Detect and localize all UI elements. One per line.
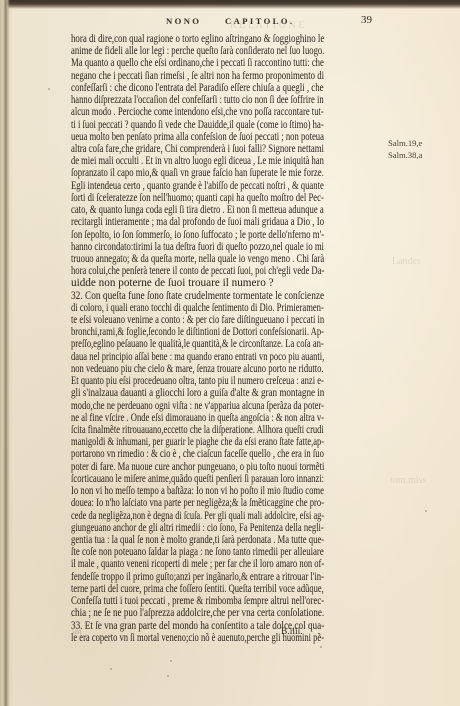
text-line: ueua molto ben penſato prima alla confeſ… [71, 131, 266, 143]
book-gutter-binding [0, 0, 10, 706]
text-line: portarono vn rimedio : & cio è , che cia… [71, 448, 266, 460]
text-line: non vedeuano piu che cielo & mare, ſenza… [71, 363, 264, 375]
text-line: fendeſſe troppo il primo guſto;anzi per … [71, 571, 267, 583]
paper-speck [110, 668, 112, 670]
page-footer: ſan B.iiii. [72, 627, 326, 641]
show-through-text: Landes [392, 256, 421, 267]
text-line: alcun modo . Percioche come intendono eſ… [71, 106, 266, 118]
text-line: Egli intendeua certo , quanto grande è l… [71, 180, 266, 192]
text-line: ſorti di ſceleratezze ſon nell'huomo; qu… [71, 192, 267, 204]
text-line: Et quanto piu eſsi procedeuano oltra, ta… [71, 375, 264, 387]
scanned-book-page: R E L A T I O N E Landes tom.miss NONO C… [0, 0, 460, 706]
text-line: ne al fine vſcire . Onde eſsi dimorauano… [71, 412, 264, 424]
text-line: cato, & quanto lunga coda egli ſi tira d… [71, 204, 267, 216]
text-line: ſcorticauano le miſere anime,quãdo queſt… [71, 473, 265, 485]
text-line: truouo annegato; & da queſta morte, nell… [71, 253, 267, 265]
text-line: Ma quanto a quello che eſsi ordinano,che… [71, 57, 267, 69]
margin-note: Salm.19,e [388, 137, 422, 149]
text-line: confeſſarſi : che dicono l'entrata del P… [71, 82, 272, 94]
text-line: hanno circondato:tirimi la tua deſtra fu… [71, 241, 267, 253]
text-line: gli s'inalzaua dauanti a gliocchi loro a… [71, 387, 275, 399]
text-line: ſon ſepolto, io ſon ſommerſo, io ſono ſu… [71, 229, 270, 241]
margin-notes: Salm.19,e Salm.38,a [388, 137, 422, 161]
text-line: te eſsi voleuano venirne a conto : & per… [71, 314, 266, 326]
text-line: 32. Con queſta fune ſono ſtate crudelmen… [71, 290, 282, 302]
paper-speck [170, 660, 172, 662]
text-line: manigoldi & inhumani, per guarir le piag… [71, 436, 263, 448]
show-through-text: tom.miss [390, 475, 426, 486]
text-line: gentia tua : la qual ſe non è molto gran… [71, 534, 267, 546]
text-line: preſſo,eglino peſauano le qualità,le qua… [71, 338, 265, 350]
text-line: modo,che ne perdeuano ogni viſta : ne v'… [71, 400, 265, 412]
text-line: daua nel principio aſſai bene : ma quand… [71, 351, 264, 363]
text-line: hanno diſprezzata l'occaſion del confeſſ… [71, 94, 266, 106]
paper-speck [425, 510, 427, 512]
text-line: poter di fare. Ma nuoue cure anchor pung… [71, 461, 267, 473]
text-line: Confeſſa tutti i tuoi peccati , preme & … [71, 595, 270, 607]
running-title-right: CAPITOLO. [225, 16, 294, 26]
text-line: il male , quanto veneni ricoperti di mel… [71, 558, 264, 570]
paper-speck [320, 646, 322, 648]
text-line: altra coſa fare,che gridare, Chi compren… [71, 143, 269, 155]
text-line: ſopranzato il capo mio,& quaſi vn graue … [71, 167, 269, 179]
main-text-block: hora di dire,con qual ragione o torto eg… [71, 33, 324, 644]
paper-speck [167, 675, 169, 677]
page-number: 39 [361, 14, 372, 26]
running-header: NONO CAPITOLO. 39 [60, 15, 390, 29]
text-line: di coloro, i quali erano tocchi di qualc… [71, 302, 265, 314]
signature-mark: B.iiii. [281, 627, 303, 637]
text-line: cede da negligẽza,non è degna di ſcuſa. … [71, 510, 260, 522]
text-line: giungeuano anchor de gli altri rimedii :… [71, 522, 264, 534]
text-line: negano che i peccati ſian rimeſsi , ſe a… [71, 70, 270, 82]
text-line: terne parti del cuore, prima che foſſero… [71, 583, 264, 595]
text-line: anime de fideli alle lor legi : perche q… [71, 45, 267, 57]
catchword-show-through: ſan [72, 627, 82, 636]
text-line: hora colui,che penſerà tenere il conto d… [71, 265, 266, 277]
margin-note: Salm.38,a [388, 149, 422, 161]
text-line: ti i ſuoi peccati ? quando ſi vede che D… [71, 119, 266, 131]
text-line: de miei mali occulti . Et in vn altro lu… [71, 155, 264, 167]
text-line: Io non vi ho meſſo tempo a baſtãza: Io n… [71, 485, 267, 497]
text-line: recitargli intieramente ; ma dal profond… [71, 216, 272, 228]
running-title-left: NONO [166, 16, 201, 26]
text-line: chia ; ne ſe ne puo l'aſprezza addolcire… [71, 607, 277, 619]
paper-speck [48, 88, 50, 90]
text-line: hora di dire,con qual ragione o torto eg… [71, 33, 272, 45]
text-line: ſcita finalmẽte ritrouauano,eccetto che … [71, 424, 264, 436]
text-line: bronchi,rami,& foglie,ſecondo le diſtint… [71, 326, 266, 338]
text-line: uidde non poterne de ſuoi trouare il num… [71, 277, 324, 289]
text-line: ſte coſe non poteuano ſaldar la piaga : … [71, 546, 269, 558]
page-top-edge-shadow [0, 0, 460, 9]
text-line: douea: Io n'ho laſciato vna parte per ne… [71, 497, 266, 509]
